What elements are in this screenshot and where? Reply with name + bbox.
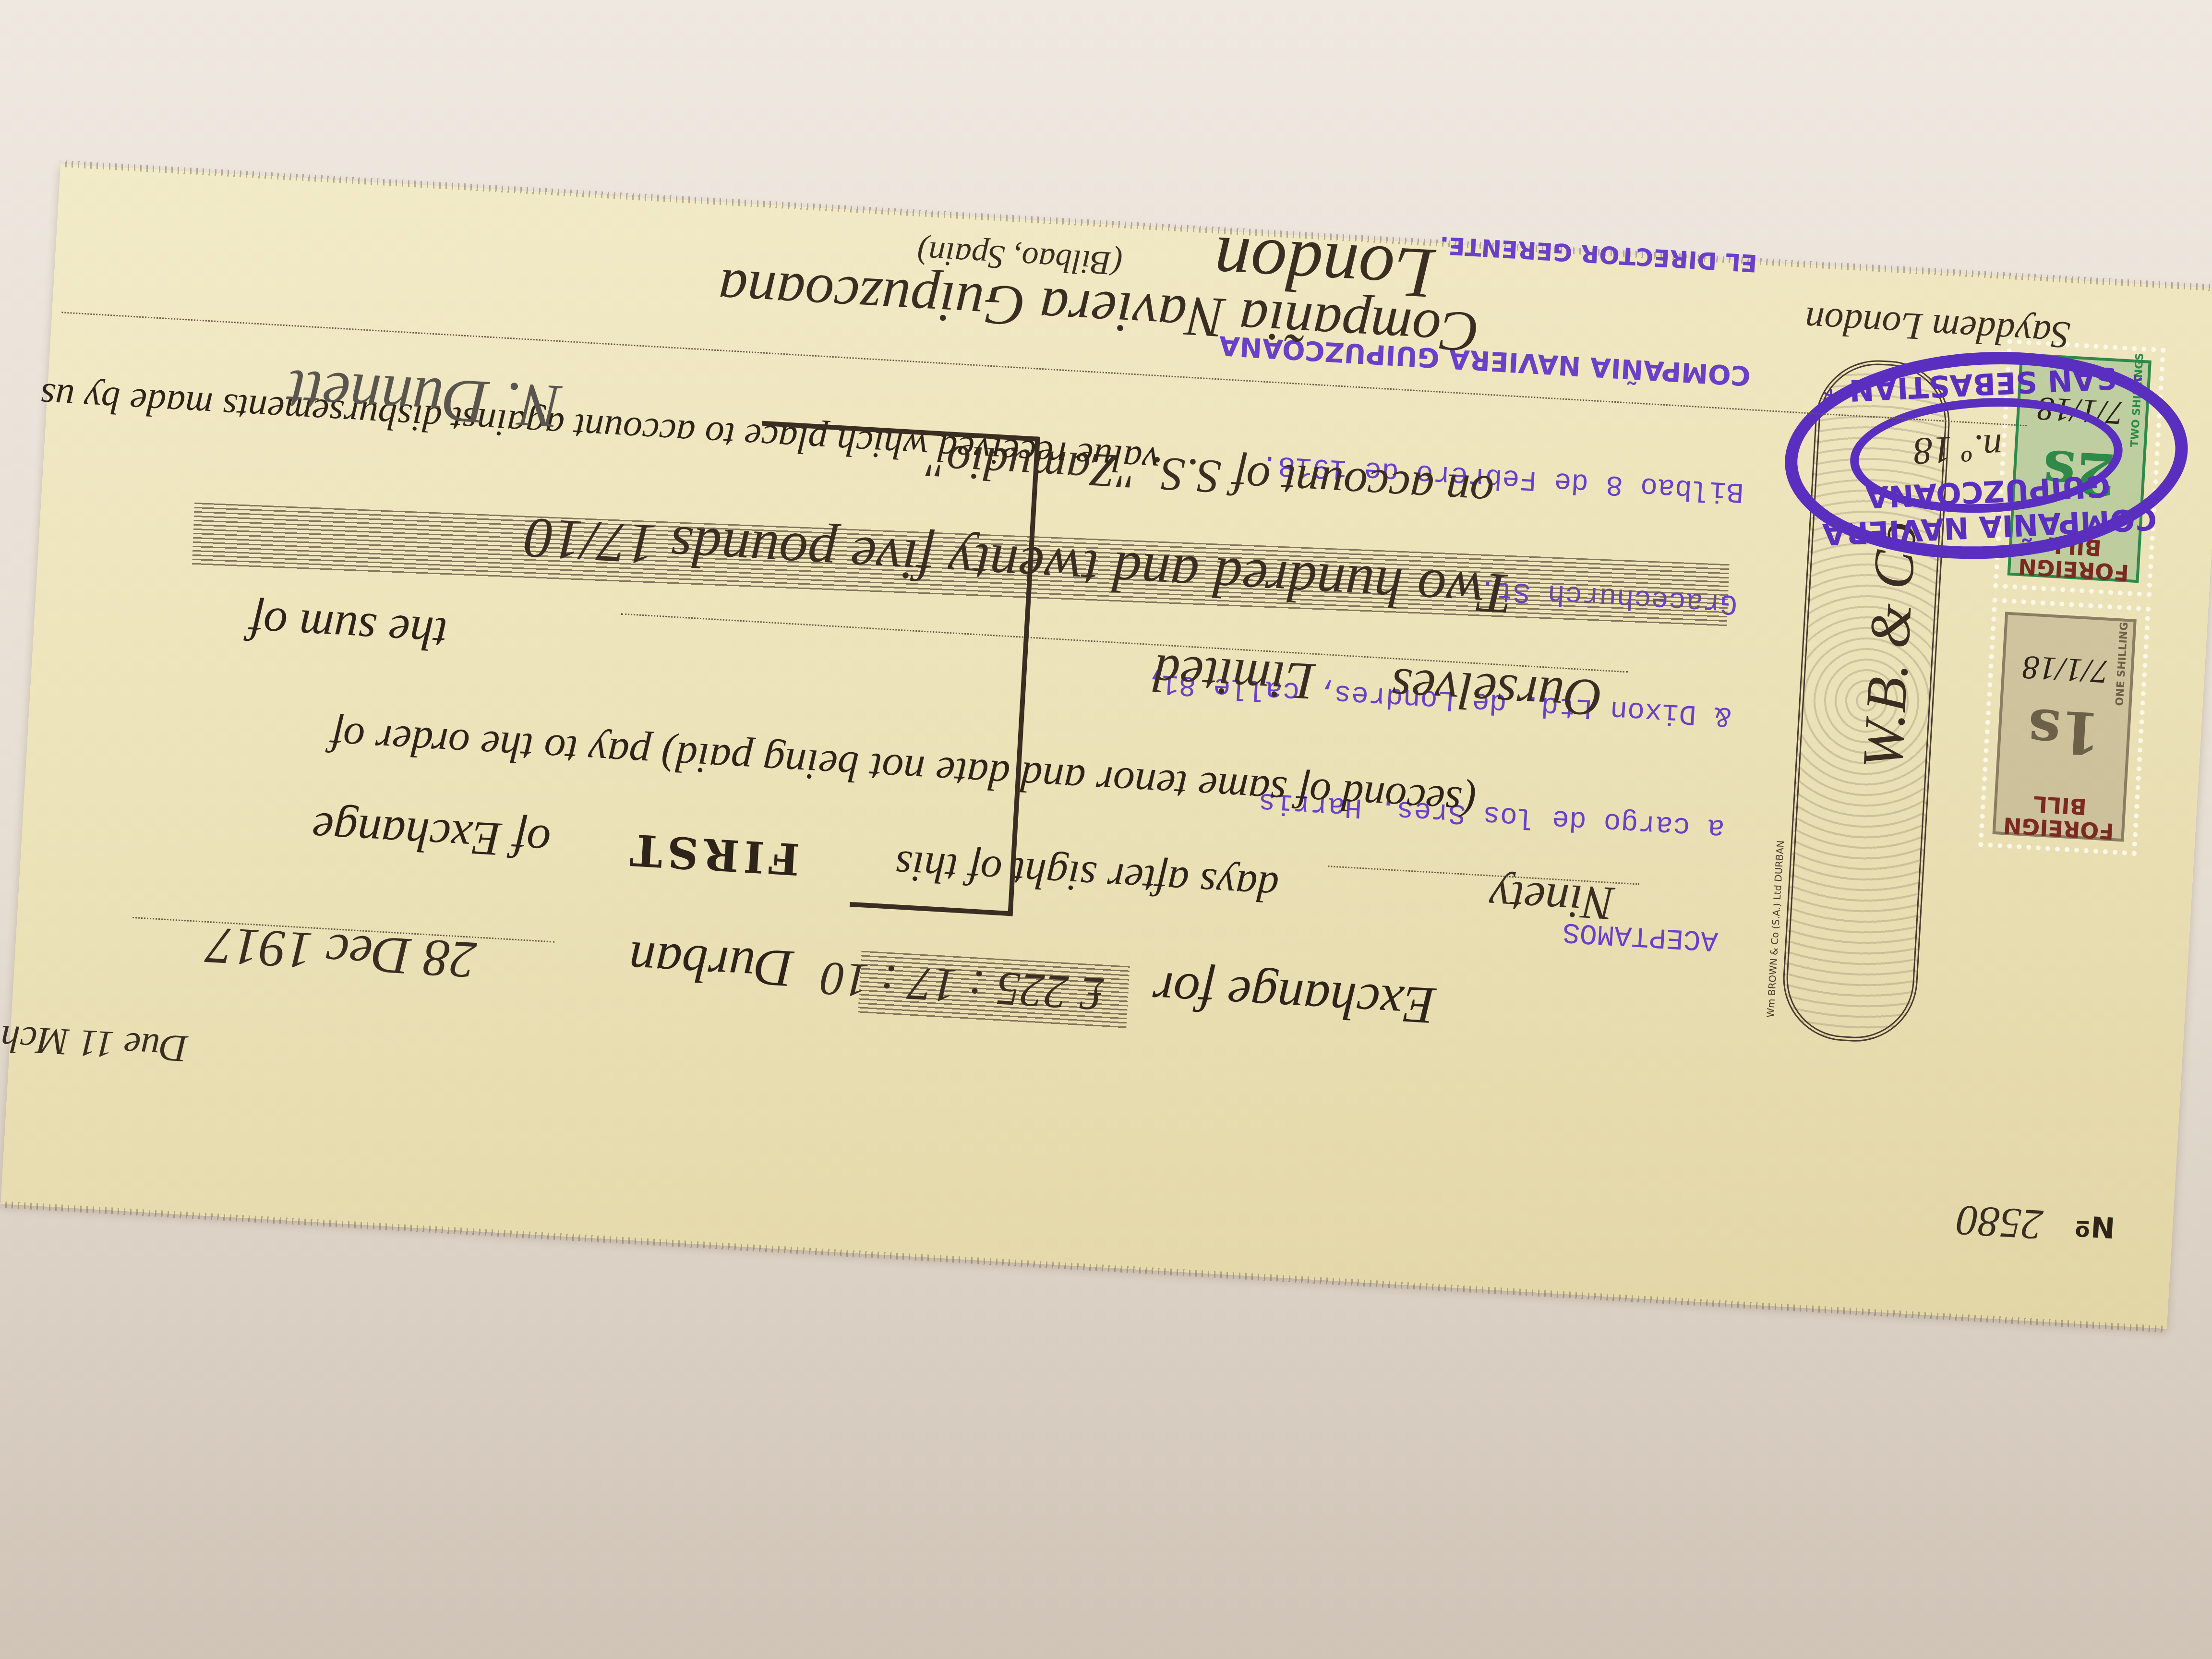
seal-handwritten-number: n.º 18 — [1912, 425, 2003, 473]
number-label: Nº — [2074, 1208, 2116, 1244]
bill-number: 2580 — [1955, 1195, 2044, 1250]
printer-imprint: Wm BROWN & Co (S.A.) Ltd DURBAN — [1765, 840, 1786, 1018]
payable-at: Sayddem London — [1804, 298, 2072, 357]
document-content: FOREIGN BILL 2s TWO SHILLINGS 7/1/18 FOR… — [0, 164, 2212, 1329]
place: Durban — [627, 929, 795, 999]
revenue-stamp-one-shilling: FOREIGN BILL 1s ONE SHILLING 7/1/18 — [1978, 598, 2151, 856]
sum-label: the sum of — [248, 596, 448, 662]
due-note: Due 11 Mch — [0, 1016, 189, 1070]
stamp-cancellation: 7/1/18 — [2022, 648, 2110, 691]
addressee-city: London — [1212, 220, 1437, 315]
exchange-word: of Exchange — [311, 801, 552, 870]
ornament-initials: W.B. & Co — [1849, 520, 1929, 771]
bill-of-exchange-paper: FOREIGN BILL 2s TWO SHILLINGS 7/1/18 FOR… — [0, 164, 2212, 1329]
payee: Ourselves — [1390, 656, 1604, 729]
large-letter-L-frame — [850, 428, 1040, 916]
first-label: FIRST — [624, 824, 801, 885]
company-seal: COMPAÑIA NAVIERA GUIPUZCOANA * SAN SEBAS… — [1780, 343, 2192, 568]
bill-date: 28 Dec 1917 — [205, 914, 478, 991]
stamp-title: FOREIGN BILL — [1984, 789, 2135, 844]
